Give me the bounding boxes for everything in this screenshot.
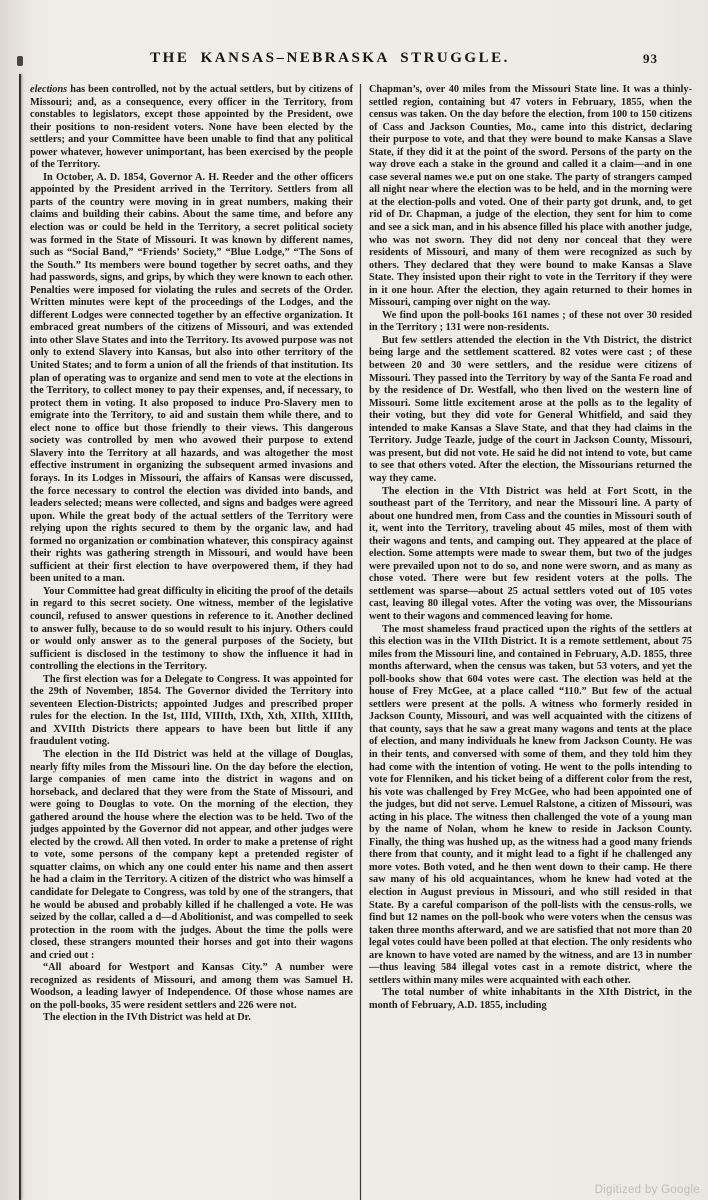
paragraph: In October, A. D. 1854, Governor A. H. R…: [30, 172, 353, 586]
paragraph: elections has been controlled, not by th…: [30, 84, 353, 172]
paragraph: But few settlers attended the election i…: [369, 335, 692, 486]
scanned-book-page: THE KANSAS–NEBRASKA STRUGGLE. 93 electio…: [0, 0, 708, 1200]
paragraph: The first election was for a Delegate to…: [30, 674, 353, 749]
paragraph: Chapman’s, over 40 miles from the Missou…: [369, 84, 692, 310]
page-header: THE KANSAS–NEBRASKA STRUGGLE. 93: [30, 50, 690, 74]
paragraph: The election in the IId District was hel…: [30, 749, 353, 962]
paragraph: “All aboard for Westport and Kansas City…: [30, 962, 353, 1012]
text-columns: elections has been controlled, not by th…: [30, 84, 692, 1200]
page-title: THE KANSAS–NEBRASKA STRUGGLE.: [30, 50, 630, 67]
digitized-by-google-watermark: Digitized by Google: [595, 1184, 700, 1196]
paragraph: The most shameless fraud practiced upon …: [369, 624, 692, 988]
paragraph: We find upon the poll-books 161 names ; …: [369, 310, 692, 335]
paragraph: The election in the IVth District was he…: [30, 1012, 353, 1025]
page-gutter-line: [19, 74, 21, 1200]
column-left: elections has been controlled, not by th…: [30, 84, 360, 1200]
page-number: 93: [643, 51, 658, 67]
paragraph: Your Committee had great difficulty in e…: [30, 586, 353, 674]
paragraph: The election in the VIth District was he…: [369, 486, 692, 624]
italic-lead-word: elections: [30, 84, 67, 95]
column-right: Chapman’s, over 40 miles from the Missou…: [361, 84, 692, 1200]
scan-edge-artifact: [17, 56, 23, 66]
paragraph: The total number of white inhabitants in…: [369, 987, 692, 1012]
